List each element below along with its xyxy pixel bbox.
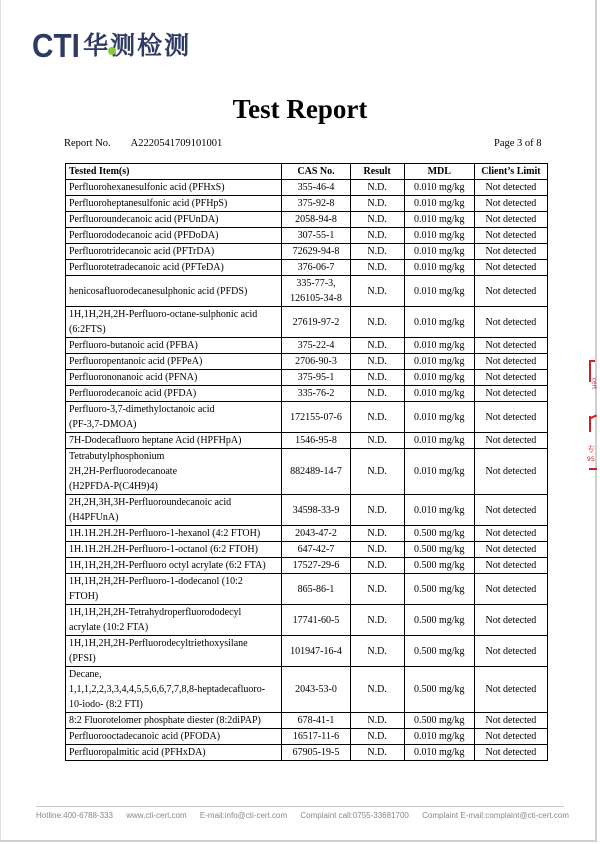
cell-mdl: 0.010 mg/kg (404, 354, 474, 370)
table-row: Perfluoropalmitic acid (PFHxDA)67905-19-… (66, 745, 548, 761)
cell-tested-item: Perfluorononanoic acid (PFNA) (66, 370, 282, 386)
table-row: 1H,1H,2H,2H-Perfluorodecyltriethoxysilan… (66, 636, 548, 667)
cell-result: N.D. (350, 307, 404, 338)
cell-clients-limit: Not detected (474, 713, 547, 729)
table-row: 1H,1H,2H,2H-Tetrahydroperfluorododecylac… (66, 605, 548, 636)
table-row: Perfluoro-3,7-dimethyloctanoic acid(PF-3… (66, 402, 548, 433)
cell-clients-limit: Not detected (474, 495, 547, 526)
cell-tested-item: Perfluorododecanoic acid (PFDoDA) (66, 228, 282, 244)
cell-cas-no: 865-86-1 (282, 574, 350, 605)
cell-mdl: 0.010 mg/kg (404, 433, 474, 449)
table-header-row: Tested Item(s) CAS No. Result MDL Client… (66, 164, 548, 180)
cell-cas-no: 335-76-2 (282, 386, 350, 402)
cell-mdl: 0.500 mg/kg (404, 713, 474, 729)
table-row: Perfluoropentanoic acid (PFPeA)2706-90-3… (66, 354, 548, 370)
cell-mdl: 0.500 mg/kg (404, 558, 474, 574)
cell-result: N.D. (350, 636, 404, 667)
cell-mdl: 0.010 mg/kg (404, 196, 474, 212)
cell-mdl: 0.010 mg/kg (404, 370, 474, 386)
cell-result: N.D. (350, 667, 404, 713)
cell-cas-no: 647-42-7 (282, 542, 350, 558)
cell-mdl: 0.010 mg/kg (404, 386, 474, 402)
cell-result: N.D. (350, 542, 404, 558)
cell-cas-no: 72629-94-8 (282, 244, 350, 260)
cell-result: N.D. (350, 449, 404, 495)
cell-result: N.D. (350, 212, 404, 228)
cell-result: N.D. (350, 228, 404, 244)
cell-result: N.D. (350, 276, 404, 307)
cell-tested-item: henicosafluorodecanesulphonic acid (PFDS… (66, 276, 282, 307)
table-row: Perfluoroundecanoic acid (PFUnDA)2058-94… (66, 212, 548, 228)
footer-complaint-call: Complaint call:0755-33681700 (300, 811, 409, 820)
header-result: Result (350, 164, 404, 180)
table-row: 1H,1H,2H,2H-Perfluoro octyl acrylate (6:… (66, 558, 548, 574)
cell-clients-limit: Not detected (474, 605, 547, 636)
report-number-value: A2220541709101001 (131, 138, 223, 149)
cell-cas-no: 27619-97-2 (282, 307, 350, 338)
cell-result: N.D. (350, 526, 404, 542)
page-indicator: Page 3 of 8 (494, 138, 542, 149)
table-row: Perfluoro-butanoic acid (PFBA)375-22-4N.… (66, 338, 548, 354)
cell-cas-no: 17741-60-5 (282, 605, 350, 636)
cell-cas-no: 375-92-8 (282, 196, 350, 212)
cell-clients-limit: Not detected (474, 526, 547, 542)
logo-chinese-text: 华测检测 (83, 28, 191, 64)
cell-tested-item: 8:2 Fluorotelomer phosphate diester (8:2… (66, 713, 282, 729)
cell-result: N.D. (350, 745, 404, 761)
cell-mdl: 0.010 mg/kg (404, 244, 474, 260)
cell-clients-limit: Not detected (474, 574, 547, 605)
header-tested-items: Tested Item(s) (66, 164, 282, 180)
cell-mdl: 0.500 mg/kg (404, 636, 474, 667)
cell-clients-limit: Not detected (474, 244, 547, 260)
cell-mdl: 0.010 mg/kg (404, 729, 474, 745)
cell-clients-limit: Not detected (474, 180, 547, 196)
table-row: 1H.1H.2H.2H-Perfluoro-1-octanol (6:2 FTO… (66, 542, 548, 558)
cell-cas-no: 2043-47-2 (282, 526, 350, 542)
cell-clients-limit: Not detected (474, 729, 547, 745)
cell-clients-limit: Not detected (474, 338, 547, 354)
page-title: Test Report (0, 94, 600, 125)
cell-cas-no: 34598-33-9 (282, 495, 350, 526)
cell-tested-item: Perfluorotridecanoic acid (PFTrDA) (66, 244, 282, 260)
footer-divider (36, 806, 564, 807)
cell-cas-no: 16517-11-6 (282, 729, 350, 745)
table-row: Perfluorotridecanoic acid (PFTrDA)72629-… (66, 244, 548, 260)
footer: Hotline:400-6788-333 www.cti-cert.com E-… (36, 811, 580, 820)
cell-result: N.D. (350, 244, 404, 260)
cell-cas-no: 101947-16-4 (282, 636, 350, 667)
cell-tested-item: Perfluorodecanoic acid (PFDA) (66, 386, 282, 402)
cell-cas-no: 355-46-4 (282, 180, 350, 196)
cell-result: N.D. (350, 338, 404, 354)
footer-website[interactable]: www.cti-cert.com (126, 811, 186, 820)
cell-result: N.D. (350, 386, 404, 402)
cell-result: N.D. (350, 196, 404, 212)
cell-result: N.D. (350, 605, 404, 636)
cell-tested-item: Perfluoroheptanesulfonic acid (PFHpS) (66, 196, 282, 212)
cell-clients-limit: Not detected (474, 542, 547, 558)
cell-clients-limit: Not detected (474, 276, 547, 307)
cell-cas-no: 2058-94-8 (282, 212, 350, 228)
cell-result: N.D. (350, 180, 404, 196)
cell-clients-limit: Not detected (474, 449, 547, 495)
cell-clients-limit: Not detected (474, 386, 547, 402)
cell-result: N.D. (350, 558, 404, 574)
cell-mdl: 0.010 mg/kg (404, 745, 474, 761)
cell-cas-no: 67905-19-5 (282, 745, 350, 761)
cell-clients-limit: Not detected (474, 196, 547, 212)
cell-result: N.D. (350, 495, 404, 526)
footer-email[interactable]: E-mail:info@cti-cert.com (200, 811, 287, 820)
cell-mdl: 0.500 mg/kg (404, 574, 474, 605)
cell-clients-limit: Not detected (474, 433, 547, 449)
cell-clients-limit: Not detected (474, 307, 547, 338)
cell-tested-item: Perfluoro-butanoic acid (PFBA) (66, 338, 282, 354)
report-number: Report No.A2220541709101001 (64, 138, 222, 149)
table-row: Perfluorohexanesulfonic acid (PFHxS)355-… (66, 180, 548, 196)
cell-mdl: 0.500 mg/kg (404, 526, 474, 542)
cell-clients-limit: Not detected (474, 370, 547, 386)
report-number-label: Report No. (64, 138, 111, 149)
table-row: Perfluorononanoic acid (PFNA)375-95-1N.D… (66, 370, 548, 386)
cell-tested-item: 1H,1H,2H,2H-Perfluoro-octane-sulphonic a… (66, 307, 282, 338)
cell-mdl: 0.010 mg/kg (404, 307, 474, 338)
cell-tested-item: Tetrabutylphosphonium2H,2H-Perfluorodeca… (66, 449, 282, 495)
cell-result: N.D. (350, 260, 404, 276)
cell-result: N.D. (350, 354, 404, 370)
table-row: 1H,1H,2H,2H-Perfluoro-1-dodecanol (10:2F… (66, 574, 548, 605)
cell-tested-item: 7H-Dodecafluoro heptane Acid (HPFHpA) (66, 433, 282, 449)
cell-mdl: 0.010 mg/kg (404, 495, 474, 526)
cell-result: N.D. (350, 713, 404, 729)
cell-cas-no: 1546-95-8 (282, 433, 350, 449)
cell-mdl: 0.010 mg/kg (404, 180, 474, 196)
cell-mdl: 0.500 mg/kg (404, 605, 474, 636)
cell-cas-no: 17527-29-6 (282, 558, 350, 574)
table-row: 8:2 Fluorotelomer phosphate diester (8:2… (66, 713, 548, 729)
cell-clients-limit: Not detected (474, 636, 547, 667)
table-row: Perfluorododecanoic acid (PFDoDA)307-55-… (66, 228, 548, 244)
cell-tested-item: 1H,1H,2H,2H-Perfluoro octyl acrylate (6:… (66, 558, 282, 574)
cell-mdl: 0.500 mg/kg (404, 542, 474, 558)
cell-result: N.D. (350, 574, 404, 605)
cell-tested-item: 1H.1H.2H.2H-Perfluoro-1-octanol (6:2 FTO… (66, 542, 282, 558)
cell-cas-no: 882489-14-7 (282, 449, 350, 495)
cell-clients-limit: Not detected (474, 354, 547, 370)
cell-tested-item: Perfluoroundecanoic acid (PFUnDA) (66, 212, 282, 228)
cell-clients-limit: Not detected (474, 260, 547, 276)
cell-clients-limit: Not detected (474, 667, 547, 713)
cell-cas-no: 307-55-1 (282, 228, 350, 244)
cell-tested-item: Perfluoro-3,7-dimethyloctanoic acid(PF-3… (66, 402, 282, 433)
cell-result: N.D. (350, 729, 404, 745)
cell-mdl: 0.010 mg/kg (404, 276, 474, 307)
logo-dot-icon (108, 47, 116, 55)
cell-mdl: 0.010 mg/kg (404, 228, 474, 244)
seal-stamp: cert 专 9S (585, 360, 597, 470)
results-table: Tested Item(s) CAS No. Result MDL Client… (65, 163, 548, 761)
cell-cas-no: 335-77-3,126105-34-8 (282, 276, 350, 307)
results-body: Perfluorohexanesulfonic acid (PFHxS)355-… (66, 180, 548, 761)
header-clients-limit: Client’s Limit (474, 164, 547, 180)
cell-tested-item: Perfluorotetradecanoic acid (PFTeDA) (66, 260, 282, 276)
cell-tested-item: Perfluoropentanoic acid (PFPeA) (66, 354, 282, 370)
cell-result: N.D. (350, 402, 404, 433)
cell-cas-no: 2706-90-3 (282, 354, 350, 370)
table-row: Decane,1,1,1,2,2,3,3,4,4,5,5,6,6,7,7,8,8… (66, 667, 548, 713)
table-row: 1H,1H,2H,2H-Perfluoro-octane-sulphonic a… (66, 307, 548, 338)
cell-result: N.D. (350, 433, 404, 449)
cell-tested-item: Perfluorohexanesulfonic acid (PFHxS) (66, 180, 282, 196)
cell-tested-item: 2H,2H,3H,3H-Perfluoroundecanoic acid(H4P… (66, 495, 282, 526)
table-row: 1H.1H.2H.2H-Perfluoro-1-hexanol (4:2 FTO… (66, 526, 548, 542)
cell-tested-item: 1H,1H,2H,2H-Perfluoro-1-dodecanol (10:2F… (66, 574, 282, 605)
cell-clients-limit: Not detected (474, 745, 547, 761)
table-row: henicosafluorodecanesulphonic acid (PFDS… (66, 276, 548, 307)
cell-cas-no: 172155-07-6 (282, 402, 350, 433)
cell-mdl: 0.010 mg/kg (404, 402, 474, 433)
cell-tested-item: 1H,1H,2H,2H-Tetrahydroperfluorododecylac… (66, 605, 282, 636)
table-row: Tetrabutylphosphonium2H,2H-Perfluorodeca… (66, 449, 548, 495)
table-row: Perfluorotetradecanoic acid (PFTeDA)376-… (66, 260, 548, 276)
footer-complaint-email[interactable]: Complaint E-mail:complaint@cti-cert.com (422, 811, 569, 820)
header-cas-no: CAS No. (282, 164, 350, 180)
cell-mdl: 0.010 mg/kg (404, 449, 474, 495)
table-row: 2H,2H,3H,3H-Perfluoroundecanoic acid(H4P… (66, 495, 548, 526)
cell-tested-item: Perfluorooctadecanoic acid (PFODA) (66, 729, 282, 745)
cell-cas-no: 376-06-7 (282, 260, 350, 276)
cell-mdl: 0.010 mg/kg (404, 260, 474, 276)
cell-mdl: 0.010 mg/kg (404, 338, 474, 354)
table-row: Perfluoroheptanesulfonic acid (PFHpS)375… (66, 196, 548, 212)
cell-clients-limit: Not detected (474, 228, 547, 244)
cell-cas-no: 2043-53-0 (282, 667, 350, 713)
table-row: Perfluorooctadecanoic acid (PFODA)16517-… (66, 729, 548, 745)
cell-clients-limit: Not detected (474, 402, 547, 433)
cell-tested-item: 1H.1H.2H.2H-Perfluoro-1-hexanol (4:2 FTO… (66, 526, 282, 542)
cell-clients-limit: Not detected (474, 212, 547, 228)
cell-tested-item: Perfluoropalmitic acid (PFHxDA) (66, 745, 282, 761)
cell-result: N.D. (350, 370, 404, 386)
table-row: 7H-Dodecafluoro heptane Acid (HPFHpA)154… (66, 433, 548, 449)
cell-tested-item: 1H,1H,2H,2H-Perfluorodecyltriethoxysilan… (66, 636, 282, 667)
company-logo: CTI 华测检测 (32, 24, 191, 64)
header-mdl: MDL (404, 164, 474, 180)
cell-tested-item: Decane,1,1,1,2,2,3,3,4,4,5,5,6,6,7,7,8,8… (66, 667, 282, 713)
cell-mdl: 0.500 mg/kg (404, 667, 474, 713)
footer-hotline: Hotline:400-6788-333 (36, 811, 113, 820)
cell-cas-no: 375-22-4 (282, 338, 350, 354)
cell-cas-no: 375-95-1 (282, 370, 350, 386)
cell-cas-no: 678-41-1 (282, 713, 350, 729)
table-row: Perfluorodecanoic acid (PFDA)335-76-2N.D… (66, 386, 548, 402)
cell-clients-limit: Not detected (474, 558, 547, 574)
logo-cti-text: CTI (32, 28, 80, 64)
cell-mdl: 0.010 mg/kg (404, 212, 474, 228)
